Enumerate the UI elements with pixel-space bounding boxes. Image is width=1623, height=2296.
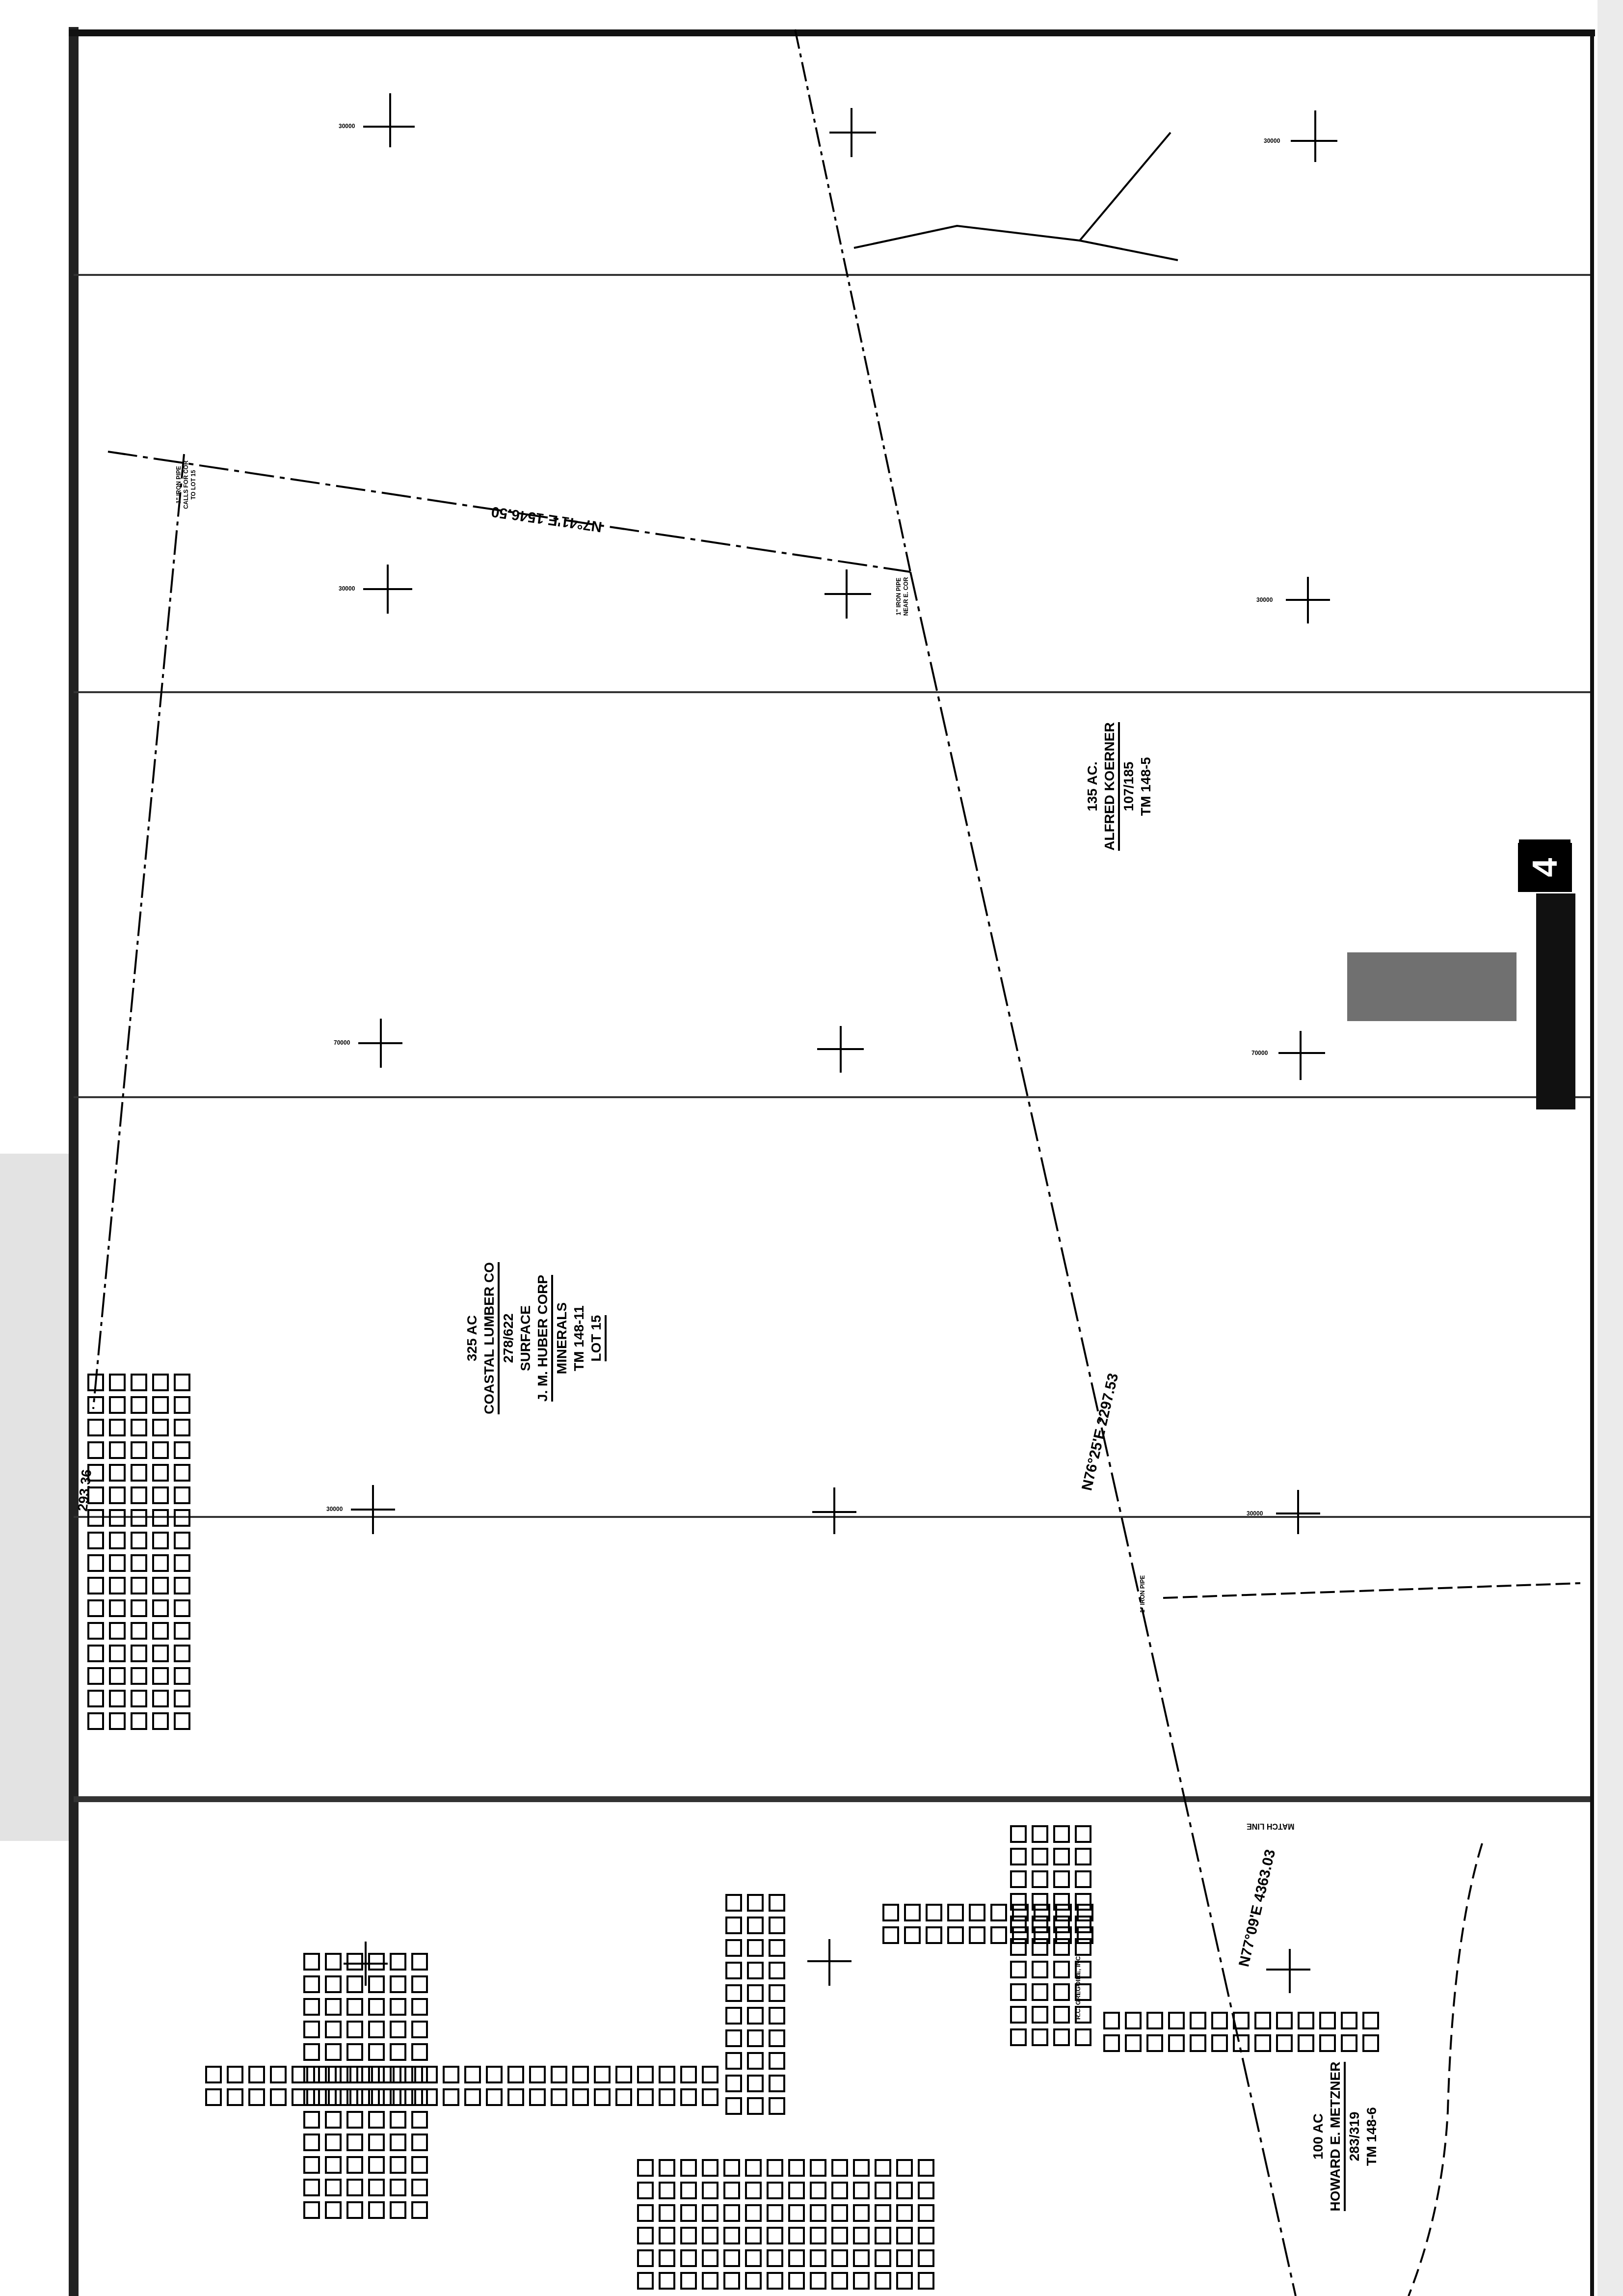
scan-artifact [1347, 952, 1517, 1021]
grid-label: 30000 [326, 1506, 343, 1513]
grid-label: 30000 [1247, 1510, 1263, 1517]
parcel-lot: LOT 15 [587, 1315, 607, 1362]
parcel-owner: COASTAL LUMBER CO [480, 1262, 500, 1414]
parcel-deed: 283/319 [1346, 2058, 1363, 2215]
grid-label: 30000 [339, 585, 355, 592]
parcel-owner: HOWARD E. METZNER [1327, 2062, 1346, 2212]
parcel-tax-map: TM 148-6 [1363, 2058, 1380, 2215]
monument-text: 1" IRON PIPE [175, 460, 183, 509]
parcel-deed: 107/185 [1120, 713, 1137, 860]
parcel-tax-map: TM 148-11 [570, 1257, 587, 1419]
parcel-acreage: 135 AC. [1084, 713, 1101, 860]
left-border [69, 27, 79, 2296]
parcel-label-coastal: 325 AC COASTAL LUMBER CO 278/622 SURFACE… [463, 1257, 607, 1419]
parcel-owner: ALFRED KOERNER [1101, 722, 1120, 850]
monument-text: NEAR E. COR [903, 577, 910, 616]
parcel-owner2: J. M. HUBER CORP [534, 1275, 553, 1402]
monument-note: 1" IRON PIPE [1139, 1575, 1146, 1613]
parcel-tax-map: TM 148-5 [1137, 713, 1154, 860]
parcel-note: MINERALS [553, 1257, 570, 1419]
parcel-acreage: 100 AC [1309, 2058, 1327, 2215]
top-border [69, 29, 1595, 36]
grid-label: 30000 [1256, 596, 1273, 603]
grid-label: 30000 [1264, 137, 1280, 144]
grid-label: 70000 [334, 1039, 350, 1046]
parcel-label-koerner: 135 AC. ALFRED KOERNER 107/185 TM 148-5 [1084, 713, 1154, 860]
right-border [1590, 29, 1594, 2296]
sheet-number-text: 4 [1525, 858, 1565, 877]
match-line-label: MATCH LINE [1247, 1821, 1294, 1830]
parcel-note: SURFACE [517, 1257, 534, 1419]
grid-label: 70000 [1251, 1050, 1268, 1056]
parcel-label-metzner: 100 AC HOWARD E. METZNER 283/319 TM 148-… [1309, 2058, 1380, 2215]
survey-map [0, 0, 1623, 2296]
monument-text: 1" IRON PIPE [895, 577, 903, 616]
sheet-number: 4 [1518, 843, 1572, 892]
scan-noise-left [0, 1154, 69, 1841]
monument-note: 1" IRON PIPE NEAR E. COR [895, 577, 910, 616]
surveyor-stamp: R.C. GREGOIRE, INC. [1074, 1954, 1082, 2020]
scan-artifact [1536, 893, 1575, 1109]
monument-text: CALLS FOR COR [183, 460, 190, 509]
parcel-acreage: 325 AC [463, 1257, 480, 1419]
grid-label: 30000 [339, 123, 355, 130]
parcel-deed: 278/622 [500, 1257, 517, 1419]
monument-note: 1" IRON PIPE CALLS FOR COR TO LOT 15 [175, 460, 197, 509]
monument-text: TO LOT 15 [190, 460, 197, 509]
